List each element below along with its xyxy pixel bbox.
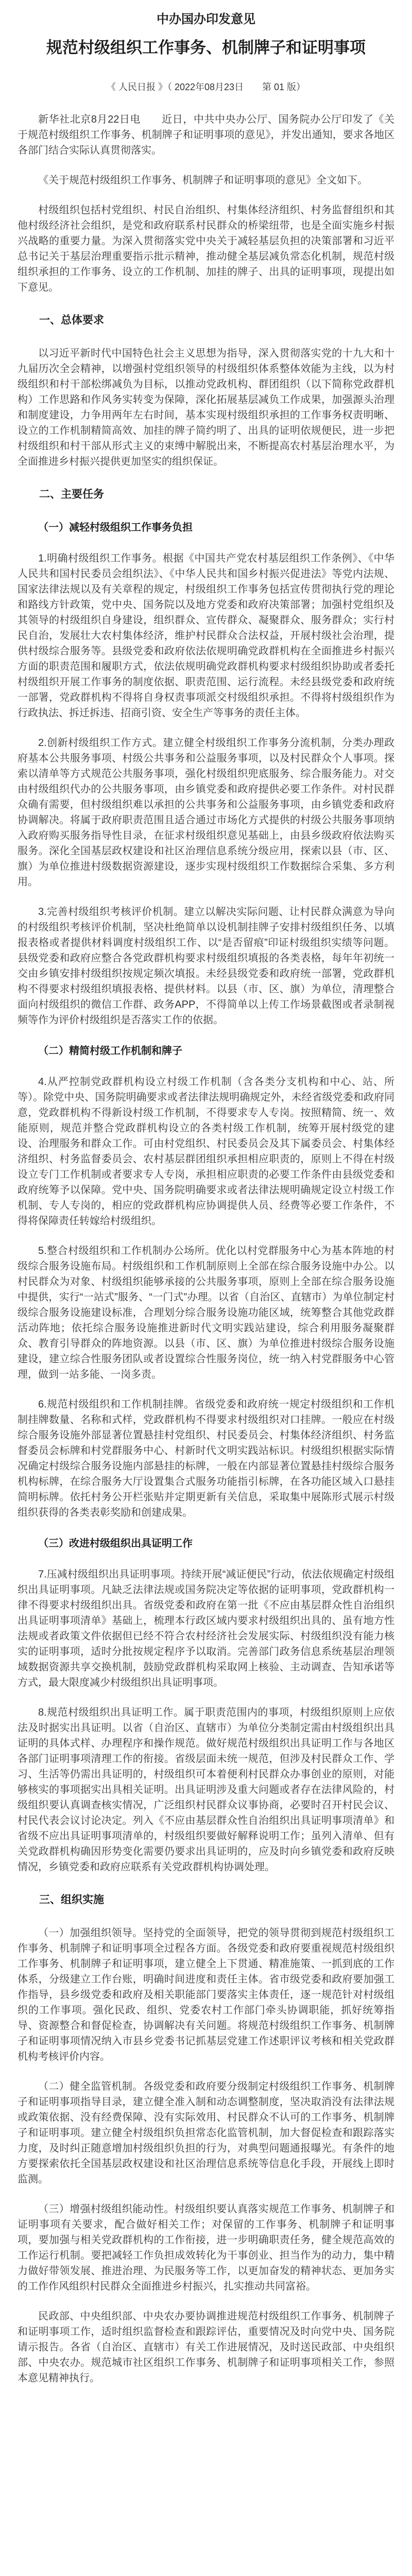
article-body: 新华社北京8月22日电 近日，中共中央办公厅、国务院办公厅印发了《关于规范村级组… [18,112,394,2386]
source-line: 《 人民日报 》（ 2022年08月23日 第 01 版） [18,81,394,94]
paragraph: （二）健全监管机制。各级党委和政府要分级制定村级组织工作事务、机制牌子和证明事项… [18,2079,394,2187]
section-heading-main-tasks: 二、主要任务 [18,487,394,502]
paragraph: （一）加强组织领导。坚持党的全面领导，把党的领导贯彻到规范村级组织工作事务、机制… [18,1925,394,2064]
article-title: 规范村级组织工作事务、机制牌子和证明事项 [18,38,394,58]
section-heading-implementation: 三、组织实施 [18,1892,394,1908]
paragraph: 4.从严控制党政群机构设立村级工作机制（含各类分支机构和中心、站、所等）。除党中… [18,1074,394,1229]
paragraph-dateline: 新华社北京8月22日电 近日，中共中央办公厅、国务院办公厅印发了《关于规范村级组… [18,112,394,158]
article-supertitle: 中办国办印发意见 [18,11,394,27]
article-header: 中办国办印发意见 规范村级组织工作事务、机制牌子和证明事项 《 人民日报 》（ … [18,11,394,94]
paragraph: 5.整合村级组织和工作机制办公场所。优化以村党群服务中心为基本阵地的村级综合服务… [18,1243,394,1382]
paragraph: （三）增强村级组织能动性。村级组织要认真落实规范工作事务、机制牌子和证明事项有关… [18,2201,394,2294]
paragraph: 民政部、中央组织部、中央农办要协调推进规范村级组织工作事务、机制牌子和证明事项工… [18,2309,394,2386]
paragraph: 8.规范村级组织出具证明工作。属于职责范围内的事项，村级组织原则上应依法及时据实… [18,1705,394,1875]
subsection-heading-improve-certificates: （三）改进村级组织出具证明工作 [18,1536,394,1551]
paragraph: 1.明确村级组织工作事务。根据《中国共产党农村基层组织工作条例》、《中华人民共和… [18,551,394,721]
paragraph: 村级组织包括村党组织、村民自治组织、村集体经济组织、村务监督组织和其他村级经济社… [18,202,394,295]
subsection-heading-streamline-mechanisms: （二）精简村级工作机制和牌子 [18,1043,394,1059]
paragraph: 3.完善村级组织考核评价机制。建立以解决实际问题、让村民群众满意为导向的村级组织… [18,904,394,1028]
section-heading-overall-requirements: 一、总体要求 [18,313,394,328]
paragraph: 以习近平新时代中国特色社会主义思想为指导，深入贯彻落实党的十九大和十九届历次全会… [18,346,394,469]
subsection-heading-reduce-workload: （一）减轻村级组织工作事务负担 [18,520,394,535]
paragraph: 7.压减村级组织出具证明事项。持续开展“减证便民”行动，依法依规确定村级组织出具… [18,1567,394,1690]
paragraph: 《关于规范村级组织工作事务、机制牌子和证明事项的意见》全文如下。 [18,173,394,188]
paragraph: 2.创新村级组织工作方式。建立健全村级组织工作事务分流机制，分类办理政府基本公共… [18,735,394,890]
paragraph: 6.规范村级组织和工作机制挂牌。省级党委和政府统一规定村级组织和工作机制挂牌数量… [18,1397,394,1520]
article-page: 中办国办印发意见 规范村级组织工作事务、机制牌子和证明事项 《 人民日报 》（ … [0,0,412,2421]
